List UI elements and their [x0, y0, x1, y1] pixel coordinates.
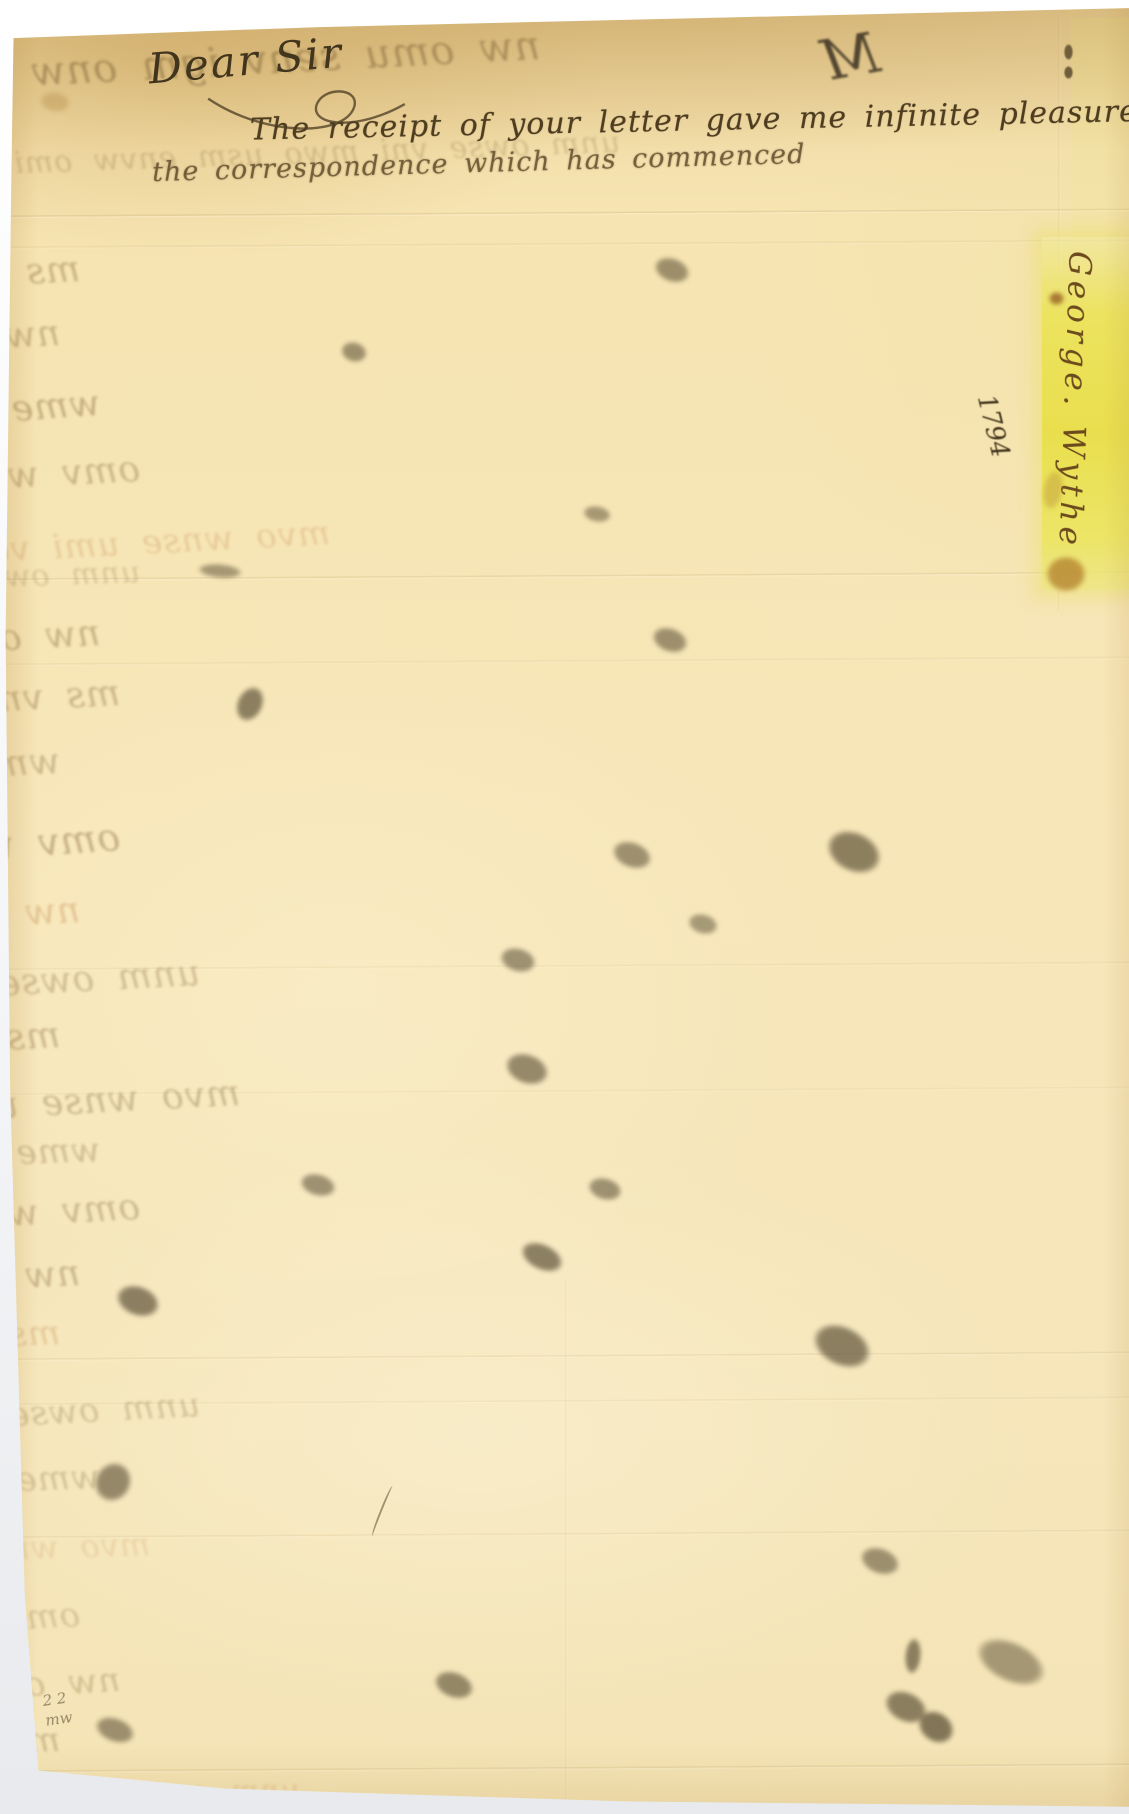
bleed-m-mark: M	[818, 25, 884, 90]
ink-smudge	[87, 1456, 138, 1509]
letter-page: nw omu senv igm onw musv enwo mi suvwme …	[0, 0, 1129, 1814]
label-stain	[1049, 292, 1064, 305]
ink-smudge	[582, 504, 612, 525]
ink-smudge	[970, 1629, 1052, 1696]
ink-smudge	[197, 562, 242, 580]
ink-smudge	[498, 944, 539, 976]
scan-background: nw omu senv igm onw musv enwo mi suvwme …	[0, 0, 1129, 1814]
ink-smudge	[609, 836, 655, 874]
label-stain	[1046, 556, 1086, 592]
ink-smudge	[298, 1170, 338, 1201]
ink-smudge	[517, 1236, 568, 1278]
pencil-annotation-bottom: mw	[44, 1708, 74, 1731]
ink-smudge	[431, 1666, 477, 1704]
label-stain	[1040, 469, 1067, 512]
ink-smudge	[1064, 66, 1073, 79]
ink-smudge	[857, 1542, 903, 1580]
ink-smudge	[92, 1712, 138, 1748]
label-stain	[38, 90, 71, 115]
ink-smudge	[903, 1637, 922, 1674]
ink-smudge	[651, 253, 693, 288]
ink-smudge-layer	[0, 0, 1129, 1814]
ink-smudge	[686, 910, 720, 937]
ink-smudge	[501, 1047, 553, 1090]
ink-smudge	[649, 623, 691, 658]
ink-smudge	[231, 682, 270, 726]
bleed-row: wme snou vim newm osu invm wes onu m	[0, 86, 1, 149]
ink-smudge	[586, 1174, 625, 1204]
ink-smudge	[112, 1279, 164, 1322]
ink-smudge	[339, 339, 369, 365]
pencil-annotation: 2 2 mw	[41, 1688, 73, 1730]
ink-smudge	[1064, 44, 1073, 60]
ink-smudge	[820, 822, 888, 882]
ink-smudge	[806, 1315, 877, 1377]
